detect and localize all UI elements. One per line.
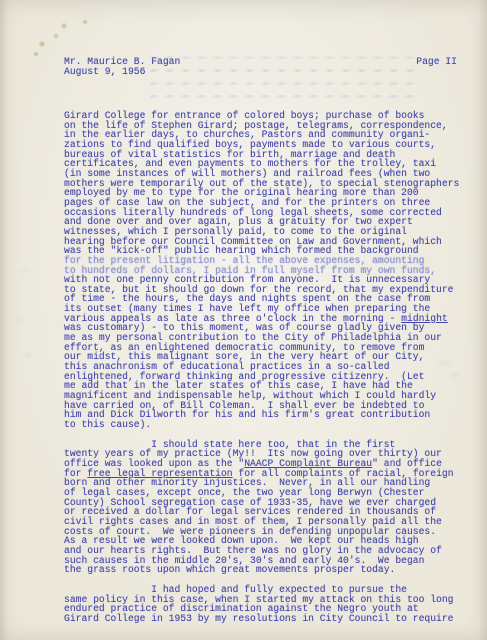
letter-body: Girard College for entrance of colored b… <box>64 111 464 633</box>
letter-date: August 9, 1956 <box>64 67 180 77</box>
text-line: to this cause). <box>64 420 464 430</box>
paragraph: I had hoped and fully expected to pursue… <box>64 585 464 624</box>
text-segment: the grass roots upon which great movemen… <box>64 564 395 575</box>
paper-speckles-decoration <box>30 14 120 59</box>
page-number-label: Page II <box>416 57 457 77</box>
text-segment: Girard College in 1953 by my resolutions… <box>64 613 454 624</box>
ink-bleedthrough-decoration <box>6 250 46 370</box>
text-line: to hundreds of dollars, I paid in full m… <box>64 266 464 276</box>
text-segment: to this cause). <box>64 419 151 430</box>
paragraph: Girard College for entrance of colored b… <box>64 111 464 430</box>
text-line: the grass roots upon which great movemen… <box>64 565 464 575</box>
letter-page: Mr. Maurice B. Fagan August 9, 1956 Page… <box>0 0 487 640</box>
text-line: Girard College in 1953 by my resolutions… <box>64 614 464 624</box>
text-segment: to hundreds of dollars, I paid in full m… <box>64 265 436 276</box>
header-left: Mr. Maurice B. Fagan August 9, 1956 <box>64 57 180 77</box>
paragraph: I should state here too, that in the fir… <box>64 440 464 575</box>
letter-header: Mr. Maurice B. Fagan August 9, 1956 Page… <box>64 57 457 77</box>
